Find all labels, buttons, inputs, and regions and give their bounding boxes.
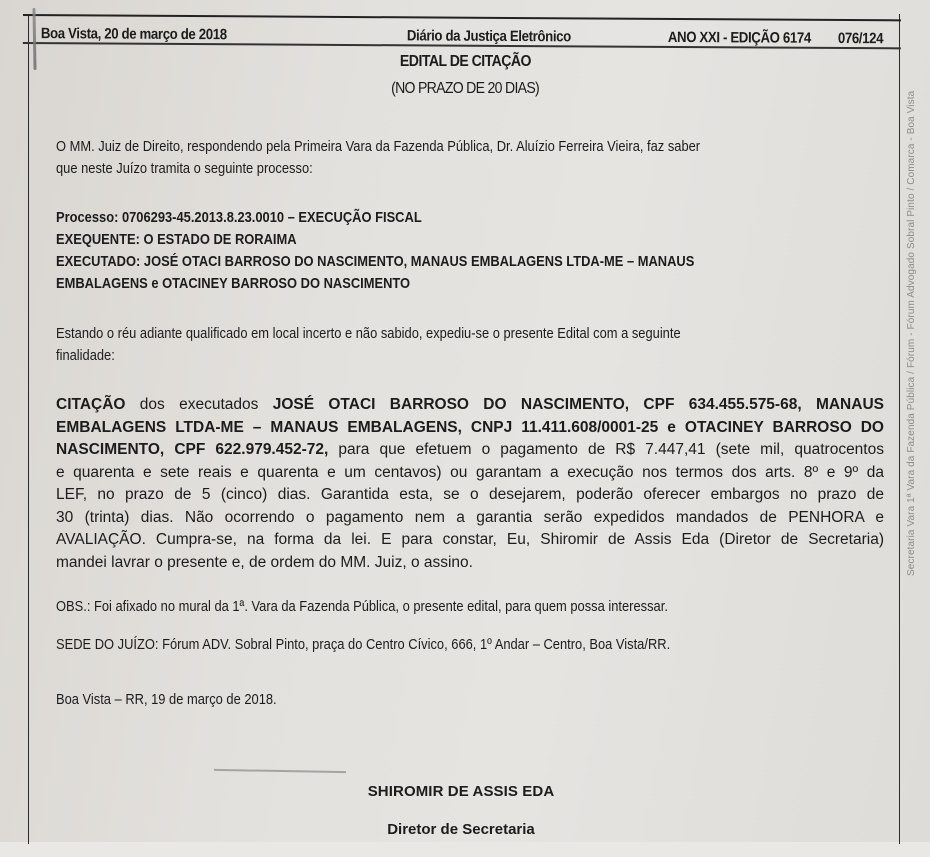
signer-name: SHIROMIR DE ASSIS EDA	[0, 783, 926, 800]
citacao-line-3: NASCIMENTO, CPF 622.979.452-72, para que…	[56, 439, 884, 462]
obs-text: OBS.: Foi afixado no mural da 1ª. Vara d…	[56, 596, 668, 618]
intro-paragraph: O MM. Juiz de Direito, respondendo pela …	[56, 136, 886, 180]
citacao-executado-1: JOSÉ OTACI BARROSO DO NASCIMENTO, CPF 63…	[273, 396, 884, 413]
citacao-paragraph: CITAÇÃO dos executados JOSÉ OTACI BARROS…	[56, 394, 884, 574]
document-title: EDITAL DE CITAÇÃO	[0, 53, 930, 71]
header-edition: ANO XXI - EDIÇÃO 6174	[668, 29, 811, 47]
document-subtitle: (NO PRAZO DE 20 DIAS)	[0, 80, 930, 98]
side-margin-note-text: Secretaria Vara 1ª Vara da Fazenda Públi…	[906, 91, 917, 576]
process-exequente: EXEQUENTE: O ESTADO DE RORAIMA	[56, 229, 297, 251]
process-number: Processo: 0706293-45.2013.8.23.0010 – EX…	[56, 207, 422, 229]
document-title-text: EDITAL DE CITAÇÃO	[399, 53, 530, 71]
citacao-line-4: e quarenta e sete reais e quarenta e um …	[56, 462, 884, 485]
page-header: Boa Vista, 20 de março de 2018 Diário da…	[23, 14, 901, 49]
obs-paragraph: OBS.: Foi afixado no mural da 1ª. Vara d…	[56, 596, 886, 618]
estando-line-2: finalidade:	[56, 345, 115, 367]
process-block: Processo: 0706293-45.2013.8.23.0010 – EX…	[56, 207, 886, 295]
header-date: Boa Vista, 20 de março de 2018	[41, 25, 227, 43]
citacao-executado-2: EMBALAGENS LTDA-ME – MANAUS EMBALAGENS, …	[56, 419, 884, 436]
estando-paragraph: Estando o réu adiante qualificado em loc…	[56, 323, 886, 367]
process-executado-1: EXECUTADO: JOSÉ OTACI BARROSO DO NASCIME…	[56, 251, 694, 273]
citacao-payment: para que efetuem o pagamento de R$ 7.447…	[328, 441, 884, 458]
sede-text: SEDE DO JUÍZO: Fórum ADV. Sobral Pinto, …	[56, 634, 670, 656]
citacao-line-1: CITAÇÃO dos executados JOSÉ OTACI BARROS…	[56, 394, 884, 417]
citacao-line-7: AVALIAÇÃO. Cumpra-se, na forma da lei. E…	[56, 529, 884, 552]
sede-paragraph: SEDE DO JUÍZO: Fórum ADV. Sobral Pinto, …	[56, 634, 886, 656]
process-executado-2: EMBALAGENS e OTACINEY BARROSO DO NASCIME…	[56, 273, 410, 295]
header-publication: Diário da Justiça Eletrônico	[407, 27, 571, 45]
place-date: Boa Vista – RR, 19 de março de 2018.	[56, 689, 886, 711]
place-date-text: Boa Vista – RR, 19 de março de 2018.	[56, 689, 277, 711]
citacao-executado-3: NASCIMENTO, CPF 622.979.452-72,	[56, 441, 328, 458]
citacao-line-8: mandei lavrar o presente e, de ordem do …	[56, 552, 884, 575]
citacao-keyword: CITAÇÃO	[56, 396, 125, 413]
citacao-line-6: 30 (trinta) dias. Não ocorrendo o pagame…	[56, 507, 884, 530]
citacao-line-5: LEF, no prazo de 5 (cinco) dias. Garanti…	[56, 484, 884, 507]
citacao-line-2: EMBALAGENS LTDA-ME – MANAUS EMBALAGENS, …	[56, 417, 884, 440]
intro-line-1: O MM. Juiz de Direito, respondendo pela …	[56, 136, 700, 158]
citacao-text: dos executados	[125, 396, 272, 413]
intro-line-2: que neste Juízo tramita o seguinte proce…	[56, 158, 313, 180]
document-subtitle-text: (NO PRAZO DE 20 DIAS)	[391, 80, 539, 98]
header-page-number: 076/124	[838, 30, 883, 47]
signer-role: Diretor de Secretaria	[0, 821, 926, 838]
estando-line-1: Estando o réu adiante qualificado em loc…	[56, 323, 681, 345]
page-edge	[0, 842, 930, 857]
